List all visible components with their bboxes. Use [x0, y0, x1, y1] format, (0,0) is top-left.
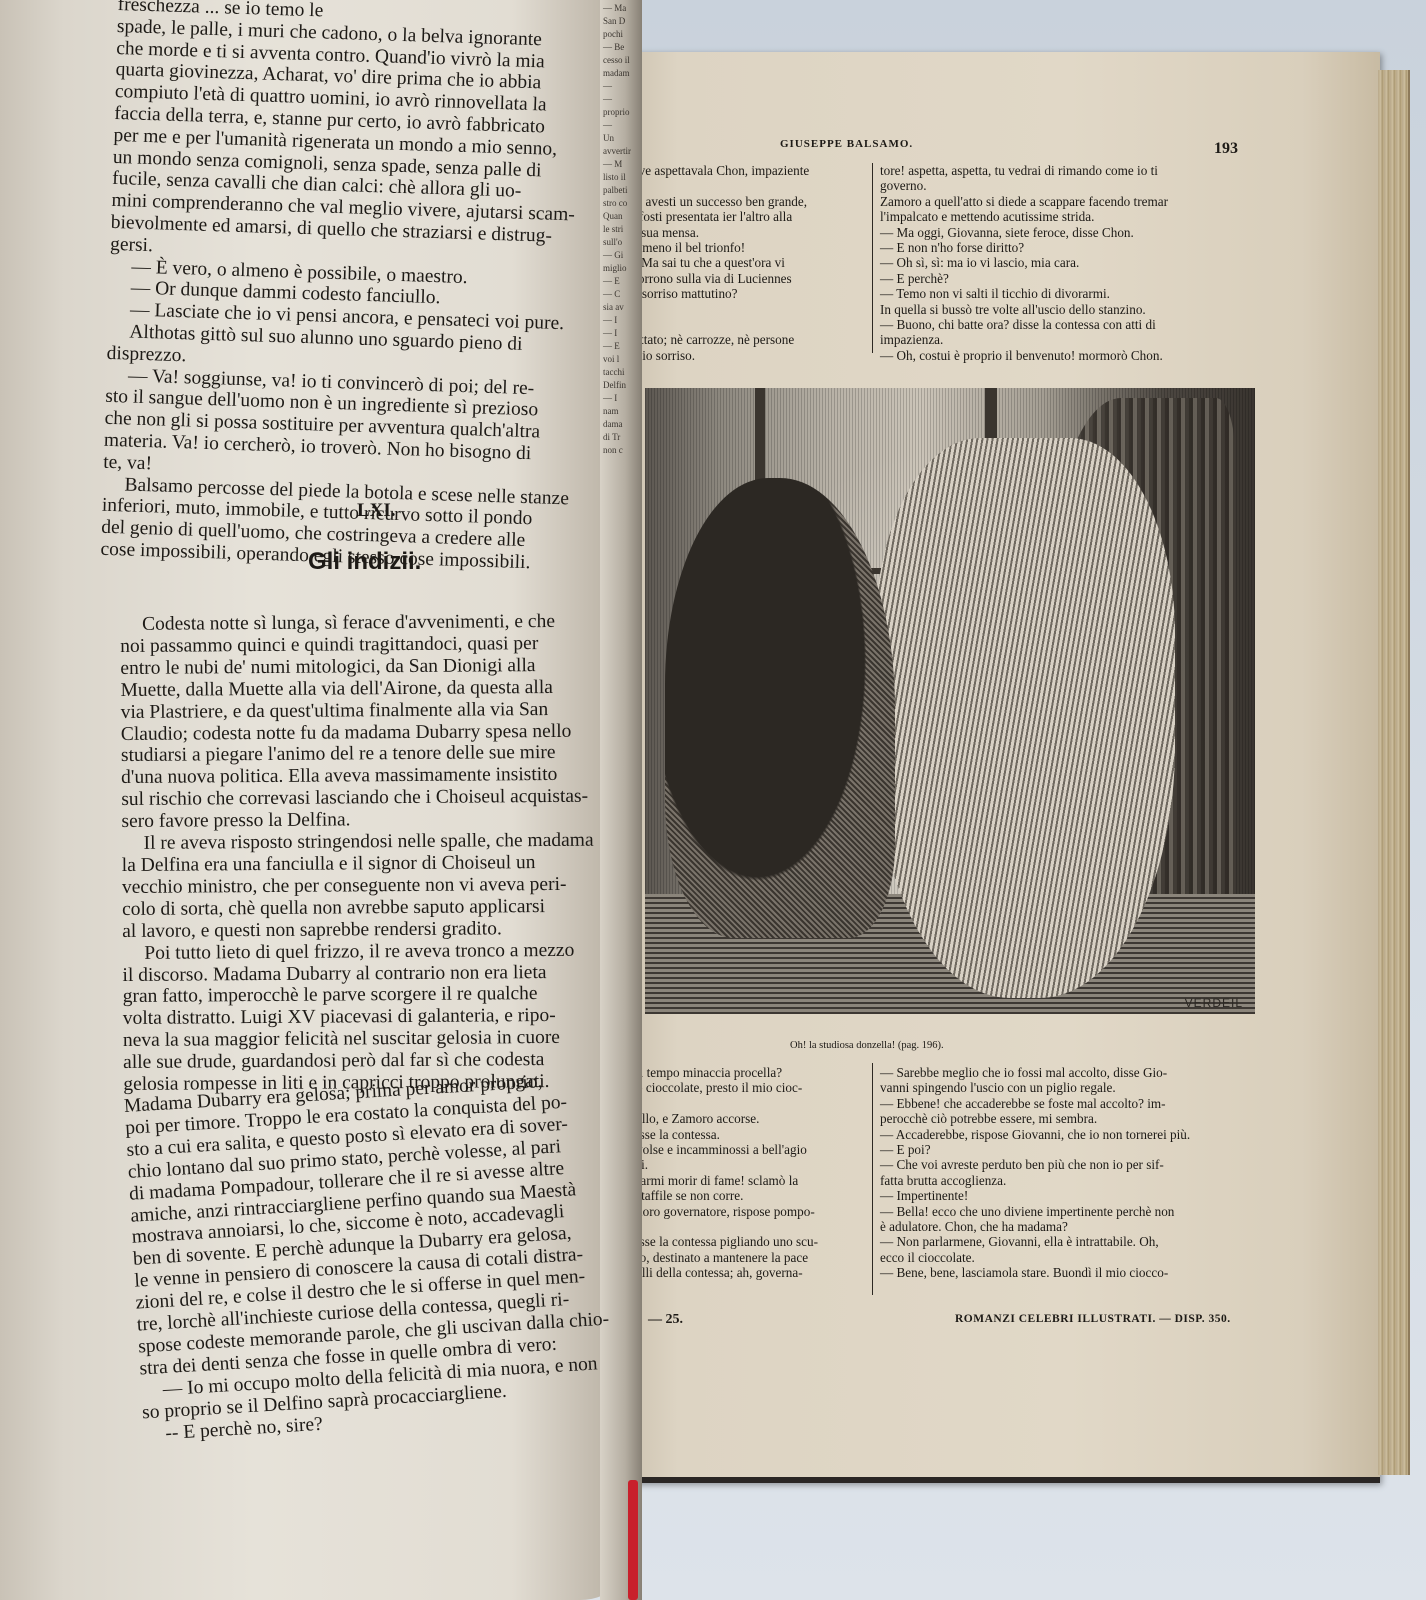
spine-fragment: stro co	[603, 197, 639, 210]
text-line: mio sorriso.	[632, 348, 867, 363]
text-line: isse la contessa.	[636, 1127, 871, 1142]
text-line: ecco il cioccolate.	[880, 1250, 1260, 1265]
bottom-right-column: — Sarebbe meglio che io fossi mal accolt…	[880, 1065, 1260, 1281]
spine-fragment: — Ma	[603, 2, 639, 15]
text-line	[632, 317, 867, 332]
text-line	[632, 178, 867, 193]
text-line: — Accaderebbe, rispose Giovanni, che io …	[880, 1127, 1260, 1142]
text-line: tore! aspetta, aspetta, tu vedrai di rim…	[880, 163, 1260, 178]
spine-fragment: — Gi	[603, 249, 639, 262]
text-line: rittato; nè carrozze, nè persone	[632, 332, 867, 347]
text-line: Zamoro a quell'atto si diede a scappare …	[880, 194, 1260, 209]
text-line: Poi tutto lieto di quel frizzo, il re av…	[122, 939, 607, 964]
spine-fragment: — I	[603, 314, 639, 327]
spine-fragment: nam	[603, 405, 639, 418]
spine-fragment: listo il	[603, 171, 639, 184]
spine-fragment: Delfin	[603, 379, 639, 392]
text-line: — Ma oggi, Giovanna, siete feroce, disse…	[880, 225, 1260, 240]
woman-figure	[875, 438, 1175, 998]
text-line: via Plastriere, e da quest'ultima finalm…	[121, 698, 606, 723]
text-line	[636, 1096, 871, 1111]
text-line: si.	[636, 1157, 871, 1172]
spine-fragment: palbeti	[603, 184, 639, 197]
spine-fragment: di Tr	[603, 431, 639, 444]
spine-fragment: Un	[603, 132, 639, 145]
text-line: o cioccolate, presto il mio cioc-	[636, 1080, 871, 1095]
series-footer: ROMANZI CELEBRI ILLUSTRATI. — DISP. 350.	[955, 1313, 1231, 1325]
text-line: staffile se non corre.	[636, 1188, 871, 1203]
text-line: è adulatore. Chon, che ha madama?	[880, 1219, 1260, 1234]
spine-fragment: tacchi	[603, 366, 639, 379]
text-line: tu avesti un successo ben grande,	[632, 194, 867, 209]
text-line: noro governatore, rispose pompo-	[636, 1204, 871, 1219]
text-line: entro le nubi de' numi mitologici, da Sa…	[120, 654, 605, 679]
top-left-column: ove aspettavala Chon, impaziente tu aves…	[632, 163, 867, 363]
text-line: — Bella! ecco che uno diviene impertinen…	[880, 1204, 1260, 1219]
text-line	[632, 302, 867, 317]
top-right-column: tore! aspetta, aspetta, tu vedrai di rim…	[880, 163, 1260, 363]
spine-text: — Ma San D pochi — Be cesso il madam — —…	[600, 0, 642, 459]
engraver-signature: VERDEIL	[1185, 996, 1243, 1010]
text-line: l'impalcato e mettendo acutissime strida…	[880, 209, 1260, 224]
text-line: — E poi?	[880, 1142, 1260, 1157]
text-line: perocchè ciò potrebbe essere, mi sembra.	[880, 1111, 1260, 1126]
text-line: — Che voi avreste perduto ben più che no…	[880, 1157, 1260, 1172]
text-line: — Impertinente!	[880, 1188, 1260, 1203]
spine-fragment: Quan	[603, 210, 639, 223]
left-top-text: freschezza ... se io temo le spade, le p…	[100, 0, 598, 576]
text-line: farmi morir di fame! sclamò la	[636, 1173, 871, 1188]
text-line: elli della contessa; ah, governa-	[636, 1265, 871, 1280]
spine-fragment: voi l	[603, 353, 639, 366]
column-divider	[872, 1063, 873, 1295]
spine-fragment: madam	[603, 67, 639, 80]
text-line: — Buono, chi batte ora? disse la contess…	[880, 317, 1260, 332]
text-line: il tempo minaccia procella?	[636, 1065, 871, 1080]
spine-fragment: proprio	[603, 106, 639, 119]
text-line: isse la contessa pigliando uno scu-	[636, 1234, 871, 1249]
spine-fragment: — M	[603, 158, 639, 171]
text-line: — E perchè?	[880, 271, 1260, 286]
text-line	[636, 1219, 871, 1234]
column-divider	[872, 163, 873, 353]
spine-fragment: — Be	[603, 41, 639, 54]
spine-fragment: le stri	[603, 223, 639, 236]
text-line: — Bene, bene, lasciamola stare. Buondì i…	[880, 1265, 1260, 1280]
spine-fragment: dama	[603, 418, 639, 431]
spine-fragment: — E	[603, 340, 639, 353]
spine-fragment: non c	[603, 444, 639, 457]
text-line: — Oh sì, sì: ma io vi lascio, mia cara.	[880, 255, 1260, 270]
bottom-left-column: il tempo minaccia procella? o cioccolate…	[636, 1065, 871, 1281]
spine-fragment: —	[603, 80, 639, 93]
spine-fragment: San D	[603, 15, 639, 28]
text-line: — Temo non vi salti il ticchio di divora…	[880, 286, 1260, 301]
text-line: governo.	[880, 178, 1260, 193]
chapter-title: Gli indizii.	[308, 548, 421, 576]
text-line: ; fosti presentata ier l'altro alla	[632, 209, 867, 224]
text-line: dimeno il bel trionfo!	[632, 240, 867, 255]
text-line: fatta brutta accoglienza.	[880, 1173, 1260, 1188]
text-line: — Oh, costui è proprio il benvenuto! mor…	[880, 348, 1260, 363]
red-ribbon-edge	[628, 1480, 638, 1600]
text-line: ? Ma sai tu che a quest'ora vi	[632, 255, 867, 270]
text-line: — Sarebbe meglio che io fossi mal accolt…	[880, 1065, 1260, 1080]
curved-text-block: Madama Dubarry era gelosa; prima per amo…	[123, 1067, 628, 1446]
text-line: colo di sorta, chè quella non avrebbe sa…	[122, 895, 607, 920]
spine-fragment: —	[603, 93, 639, 106]
text-line: a sua mensa.	[632, 225, 867, 240]
text-line: Muette, dalla Muette alla via dell'Airon…	[120, 676, 605, 701]
page-edges	[1378, 70, 1410, 1475]
text-line: corrono sulla via di Luciennes	[632, 271, 867, 286]
text-line: noi passammo quinci e quindi tragittando…	[120, 633, 605, 658]
spine-fragment: miglio	[603, 262, 639, 275]
text-line: la Delfina era una fanciulla e il signor…	[122, 852, 607, 877]
text-line: volse e incamminossi a bell'agio	[636, 1142, 871, 1157]
text-line: to, destinato a mantenere la pace	[636, 1250, 871, 1265]
spine-fragment: sia av	[603, 301, 639, 314]
text-line: — E non n'ho forse diritto?	[880, 240, 1260, 255]
running-head: GIUSEPPE BALSAMO.	[780, 138, 913, 150]
text-line: In quella si bussò tre volte all'uscio d…	[880, 302, 1260, 317]
spine-fragment: —	[603, 119, 639, 132]
engraving-illustration: VERDEIL	[645, 388, 1255, 1014]
spine-fragment: avvertir	[603, 145, 639, 158]
illustration-caption: Oh! la studiosa donzella! (pag. 196).	[790, 1040, 944, 1051]
spine-fragment: — E	[603, 275, 639, 288]
text-line: ello, e Zamoro accorse.	[636, 1111, 871, 1126]
spine-fragment: — I	[603, 327, 639, 340]
spine-fragment: — C	[603, 288, 639, 301]
signature-mark: — 25.	[648, 1312, 683, 1328]
chapter-number: LXI.	[357, 500, 396, 522]
chapter-body-text: Codesta notte sì lunga, sì ferace d'avve…	[120, 611, 611, 1447]
text-line: vecchio ministro, che per conseguente no…	[122, 873, 607, 898]
text-line: impazienza.	[880, 332, 1260, 347]
text-line: ove aspettavala Chon, impaziente	[632, 163, 867, 178]
text-line: o sorriso mattutino?	[632, 286, 867, 301]
text-line: sul rischio che correvasi lasciando che …	[121, 786, 606, 811]
text-line: — Ebbene! che accaderebbe se foste mal a…	[880, 1096, 1260, 1111]
spine-fragment: — I	[603, 392, 639, 405]
man-figure	[665, 478, 895, 938]
page-number: 193	[1214, 140, 1238, 158]
spine-fragment: cesso il	[603, 54, 639, 67]
text-line: vanni spingendo l'uscio con un piglio re…	[880, 1080, 1260, 1095]
spine-fragment: pochi	[603, 28, 639, 41]
spine-fragment: sull'o	[603, 236, 639, 249]
text-line: — Non parlarmene, Giovanni, ella è intra…	[880, 1234, 1260, 1249]
